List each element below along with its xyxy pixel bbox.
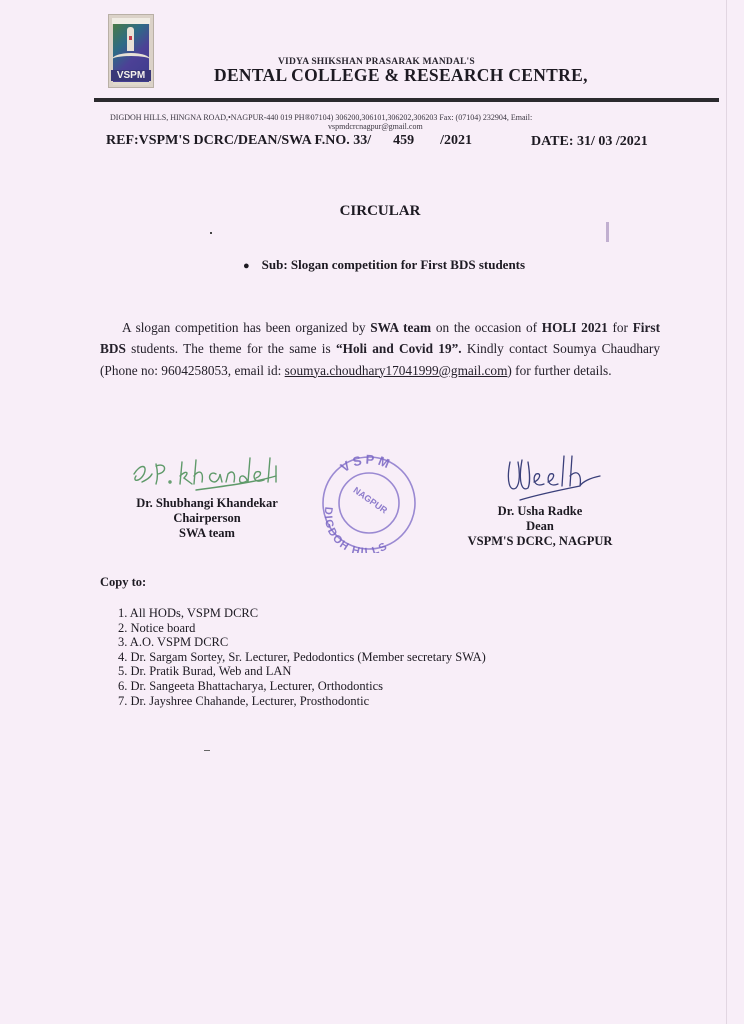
signatory-right-role: Dean: [440, 519, 640, 534]
logo-top-band: [112, 18, 150, 24]
body-text: ) for further details.: [507, 363, 611, 378]
list-item: 1. All HODs, VSPM DCRC: [118, 606, 486, 621]
body-text: students. The theme for the same is: [126, 341, 336, 356]
page-edge: [726, 0, 727, 1024]
subject-text: Sub: Slogan competition for First BDS st…: [262, 257, 525, 272]
logo-swirl-icon: [112, 53, 150, 66]
org-name: DENTAL COLLEGE & RESEARCH CENTRE,: [214, 65, 588, 86]
svg-text:VSPM: VSPM: [338, 453, 395, 475]
list-item: 5. Dr. Pratik Burad, Web and LAN: [118, 664, 486, 679]
signatory-right: Dr. Usha Radke Dean VSPM'S DCRC, NAGPUR: [440, 504, 640, 549]
ref-prefix: REF:VSPM'S DCRC/DEAN/SWA F.NO. 33/: [106, 133, 371, 148]
logo-text: VSPM: [111, 70, 151, 81]
list-item: 7. Dr. Jayshree Chahande, Lecturer, Pros…: [118, 694, 486, 709]
scan-speck: [210, 232, 212, 234]
header-divider: [94, 98, 719, 102]
scan-speck: [606, 222, 609, 242]
ref-year: /2021: [440, 133, 472, 148]
copy-to-list: 1. All HODs, VSPM DCRC 2. Notice board 3…: [118, 606, 486, 708]
body-text: on the occasion of: [431, 320, 542, 335]
signature-khandekar: [126, 452, 286, 494]
list-item: 2. Notice board: [118, 621, 486, 636]
logo-tower-icon: [127, 27, 134, 51]
list-item: 3. A.O. VSPM DCRC: [118, 635, 486, 650]
signatory-left-org: SWA team: [112, 526, 302, 541]
scan-speck: [204, 750, 210, 751]
contact-email-link[interactable]: soumya.choudhary17041999@gmail.com: [285, 363, 508, 378]
circular-title: CIRCULAR: [0, 203, 744, 220]
bullet-icon: ●: [243, 260, 250, 272]
body-text: for: [608, 320, 633, 335]
signatory-right-org: VSPM'S DCRC, NAGPUR: [440, 534, 640, 549]
signatory-left-name: Dr. Shubhangi Khandekar: [112, 496, 302, 511]
list-item: 6. Dr. Sangeeta Bhattacharya, Lecturer, …: [118, 679, 486, 694]
college-stamp: VSPM DIGDOH HILLS NAGPUR: [315, 453, 423, 553]
signature-radke: [500, 452, 610, 512]
stamp-top-text: VSPM: [338, 453, 395, 475]
ref-file-number: 459: [393, 133, 414, 148]
body-bold-swa-team: SWA team: [370, 320, 431, 335]
circular-title-text: CIRCULAR: [340, 203, 421, 219]
vspm-logo: VSPM: [108, 14, 154, 88]
signatory-left: Dr. Shubhangi Khandekar Chairperson SWA …: [112, 496, 302, 541]
subject-line: ●Sub: Slogan competition for First BDS s…: [243, 257, 525, 273]
list-item: 4. Dr. Sargam Sortey, Sr. Lecturer, Pedo…: [118, 650, 486, 665]
reference-number: REF:VSPM'S DCRC/DEAN/SWA F.NO. 33/459/20…: [106, 133, 472, 149]
signatory-right-name: Dr. Usha Radke: [440, 504, 640, 519]
header-email: vspmdcrcnagpur@gmail.com: [328, 122, 423, 131]
body-text: A slogan competition has been organized …: [122, 320, 370, 335]
circular-body: A slogan competition has been organized …: [100, 317, 660, 381]
copy-to-label: Copy to:: [100, 575, 146, 590]
address-line: DIGDOH HILLS, HINGNA ROAD,•NAGPUR-440 01…: [110, 113, 670, 122]
body-bold-theme: “Holi and Covid 19”.: [336, 341, 462, 356]
circular-date: DATE: 31/ 03 /2021: [531, 134, 648, 150]
logo-bottom-band: [113, 82, 149, 85]
stamp-center-text: NAGPUR: [351, 485, 389, 516]
signatory-left-role: Chairperson: [112, 511, 302, 526]
body-bold-holi: HOLI 2021: [542, 320, 608, 335]
